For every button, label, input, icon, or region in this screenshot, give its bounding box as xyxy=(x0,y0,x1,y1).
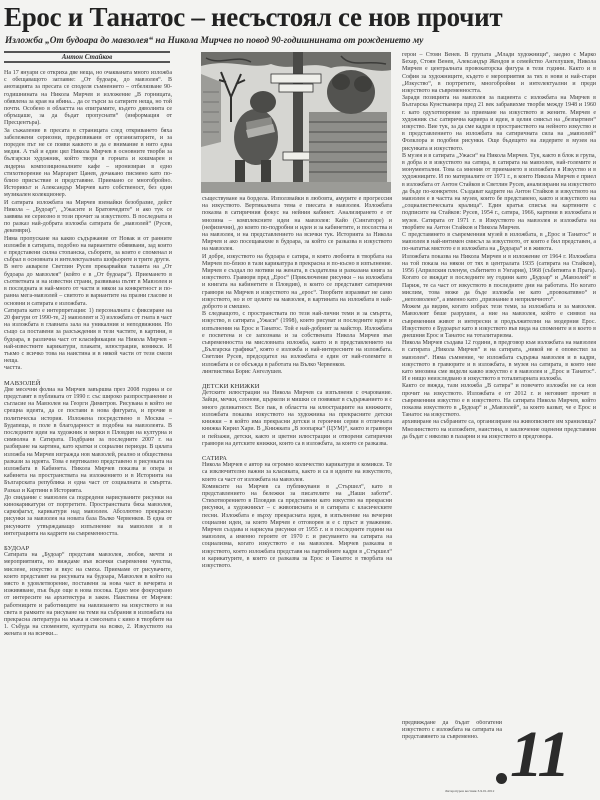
paragraph: В следващото, с пространствата по тези н… xyxy=(202,311,392,369)
paragraph: лингвистика Борис Ангелушев. xyxy=(202,369,392,376)
paragraph: Изложбата показва на Никола Мирчев и в и… xyxy=(402,254,596,304)
paragraph: предвиждане да бъдат обогатени изкуствот… xyxy=(402,720,502,742)
paragraph: Две месечни фолиа на Мирчев завършва пре… xyxy=(4,387,172,495)
paragraph: Можем да видим, когато избрах тези теми,… xyxy=(402,304,596,340)
paragraph: частта. xyxy=(4,365,172,372)
paragraph: Детските илюстрации на Никола Мирчев са … xyxy=(202,390,392,448)
paragraph: За съжаление в пресата в страницата след… xyxy=(4,128,172,200)
paragraph: С представянето в съвременния музей в из… xyxy=(402,232,596,254)
section-heading-mausoleum: МАВЗОЛЕЙ xyxy=(4,380,172,387)
article-column-1: На 17 януари се откриха две неща, но оча… xyxy=(4,70,172,798)
paragraph: Няма пропускане на какво съдържание от Н… xyxy=(4,236,172,265)
section-heading-satire: САТИРА xyxy=(202,455,392,462)
paragraph: съществуване на бордела. Използвайки в л… xyxy=(202,196,392,254)
page-number: 11 xyxy=(510,722,568,788)
paragraph: Комиксите на Мирчев са публикувани в „Ст… xyxy=(202,484,392,570)
article-column-3-tail: предвиждане да бъдат обогатени изкуствот… xyxy=(402,720,502,772)
paragraph: Никола Мирчев създава 12 години, в предг… xyxy=(402,340,596,383)
paragraph: В музея и в сатирата „Ужаси“ на Никола М… xyxy=(402,153,596,232)
paragraph: Сатирата на „Будоар“ представя мавзолея,… xyxy=(4,552,172,638)
paragraph: Никола Мирчев е автор на огромно количес… xyxy=(202,462,392,484)
paragraph: До свидание с мавзолея са подредени нари… xyxy=(4,495,172,538)
cartoon-image-icon xyxy=(201,52,391,193)
paragraph: И сатирата изложбата на Мирчев вземайки … xyxy=(4,200,172,236)
paragraph: Както се вижда, тази изложба „В сатира“ … xyxy=(402,383,596,419)
author-byline: Антон Стайков xyxy=(4,53,170,61)
paragraph: Сатирата като е интерпретация: 1) персон… xyxy=(4,308,172,366)
article-column-2: съществуване на бордела. Използвайки в л… xyxy=(202,196,392,798)
article-headline: Ерос и Танатос – несъстоял се нов прочит xyxy=(4,2,600,33)
paragraph: Заради позицията на мавзолея за пациента… xyxy=(402,95,596,153)
article-column-3: герои – Стоян Венев. В групата „Млади ху… xyxy=(402,52,596,720)
paragraph: На 17 януари се откриха две неща, но оча… xyxy=(4,70,172,128)
paragraph: В него аквареле Светлин Русев прекарвайк… xyxy=(4,264,172,307)
article-subheadline: Изложба „От будоара до мавзолея“ на Нико… xyxy=(5,36,600,46)
paragraph: архивиране на събраните са, организиране… xyxy=(402,419,596,441)
newspaper-page: Ерос и Танатос – несъстоял се нов прочит… xyxy=(0,0,600,800)
section-heading-childrens-books: ДЕТСКИ КНИЖКИ xyxy=(202,383,392,390)
byline-box: Антон Стайков xyxy=(4,51,170,63)
paragraph: И добре, изкуството на будоара е сатира,… xyxy=(202,254,392,312)
illustration-bears-cartoon xyxy=(201,52,391,193)
publication-credit: Литературен вестник 3-9.01.2012 xyxy=(445,789,494,793)
paragraph: герои – Стоян Венев. В групата „Млади ху… xyxy=(402,52,596,95)
page-number-dot-icon xyxy=(496,773,507,784)
